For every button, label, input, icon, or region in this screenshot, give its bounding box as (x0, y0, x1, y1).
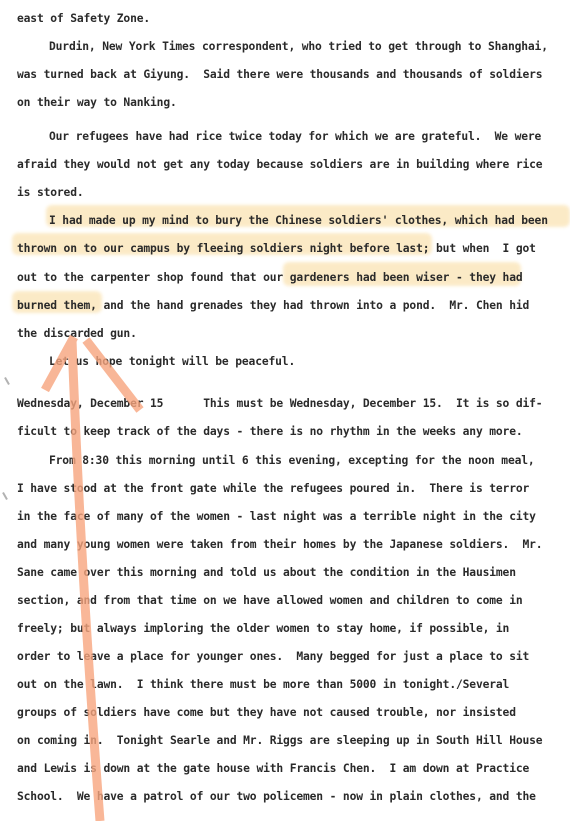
text-line: I have stood at the front gate while the… (17, 482, 529, 496)
text-line: on coming in. Tonight Searle and Mr. Rig… (17, 734, 542, 748)
document-page: east of Safety Zone.Durdin, New York Tim… (0, 0, 570, 821)
text-line: and many young women were taken from the… (17, 538, 542, 552)
text-line: Durdin, New York Times correspondent, wh… (49, 40, 548, 54)
text-line: freely; but always imploring the older w… (17, 622, 509, 636)
text-line: out on the lawn. I think there must be m… (17, 678, 509, 692)
text-line: School. We have a patrol of our two poli… (17, 790, 536, 804)
text-line: thrown on to our campus by fleeing soldi… (17, 242, 536, 256)
text-line: is stored. (17, 186, 84, 200)
text-line: I had made up my mind to bury the Chines… (49, 214, 548, 228)
text-line: afraid they would not get any today beca… (17, 158, 542, 172)
text-line: on their way to Nanking. (17, 96, 177, 110)
margin-mark (4, 377, 10, 385)
text-line: burned them, and the hand grenades they … (17, 299, 529, 313)
text-line: groups of soldiers have come but they ha… (17, 706, 516, 720)
text-line: Let us hope tonight will be peaceful. (49, 355, 295, 369)
text-line: Our refugees have had rice twice today f… (49, 130, 541, 144)
text-line: in the face of many of the women - last … (17, 510, 536, 524)
text-line: Sane came over this morning and told us … (17, 566, 516, 580)
text-line: and Lewis is down at the gate house with… (17, 762, 529, 776)
margin-mark (2, 492, 8, 500)
text-line: From 8:30 this morning until 6 this even… (49, 454, 535, 468)
text-line: was turned back at Giyung. Said there we… (17, 68, 542, 82)
text-line: Wednesday, December 15 This must be Wedn… (17, 397, 542, 411)
text-line: out to the carpenter shop found that our… (17, 271, 523, 285)
text-line: the discarded gun. (17, 327, 137, 341)
text-line: order to leave a place for younger ones.… (17, 650, 529, 664)
text-line: east of Safety Zone. (17, 12, 150, 26)
text-line: section, and from that time on we have a… (17, 594, 523, 608)
text-line: ficult to keep track of the days - there… (17, 425, 523, 439)
